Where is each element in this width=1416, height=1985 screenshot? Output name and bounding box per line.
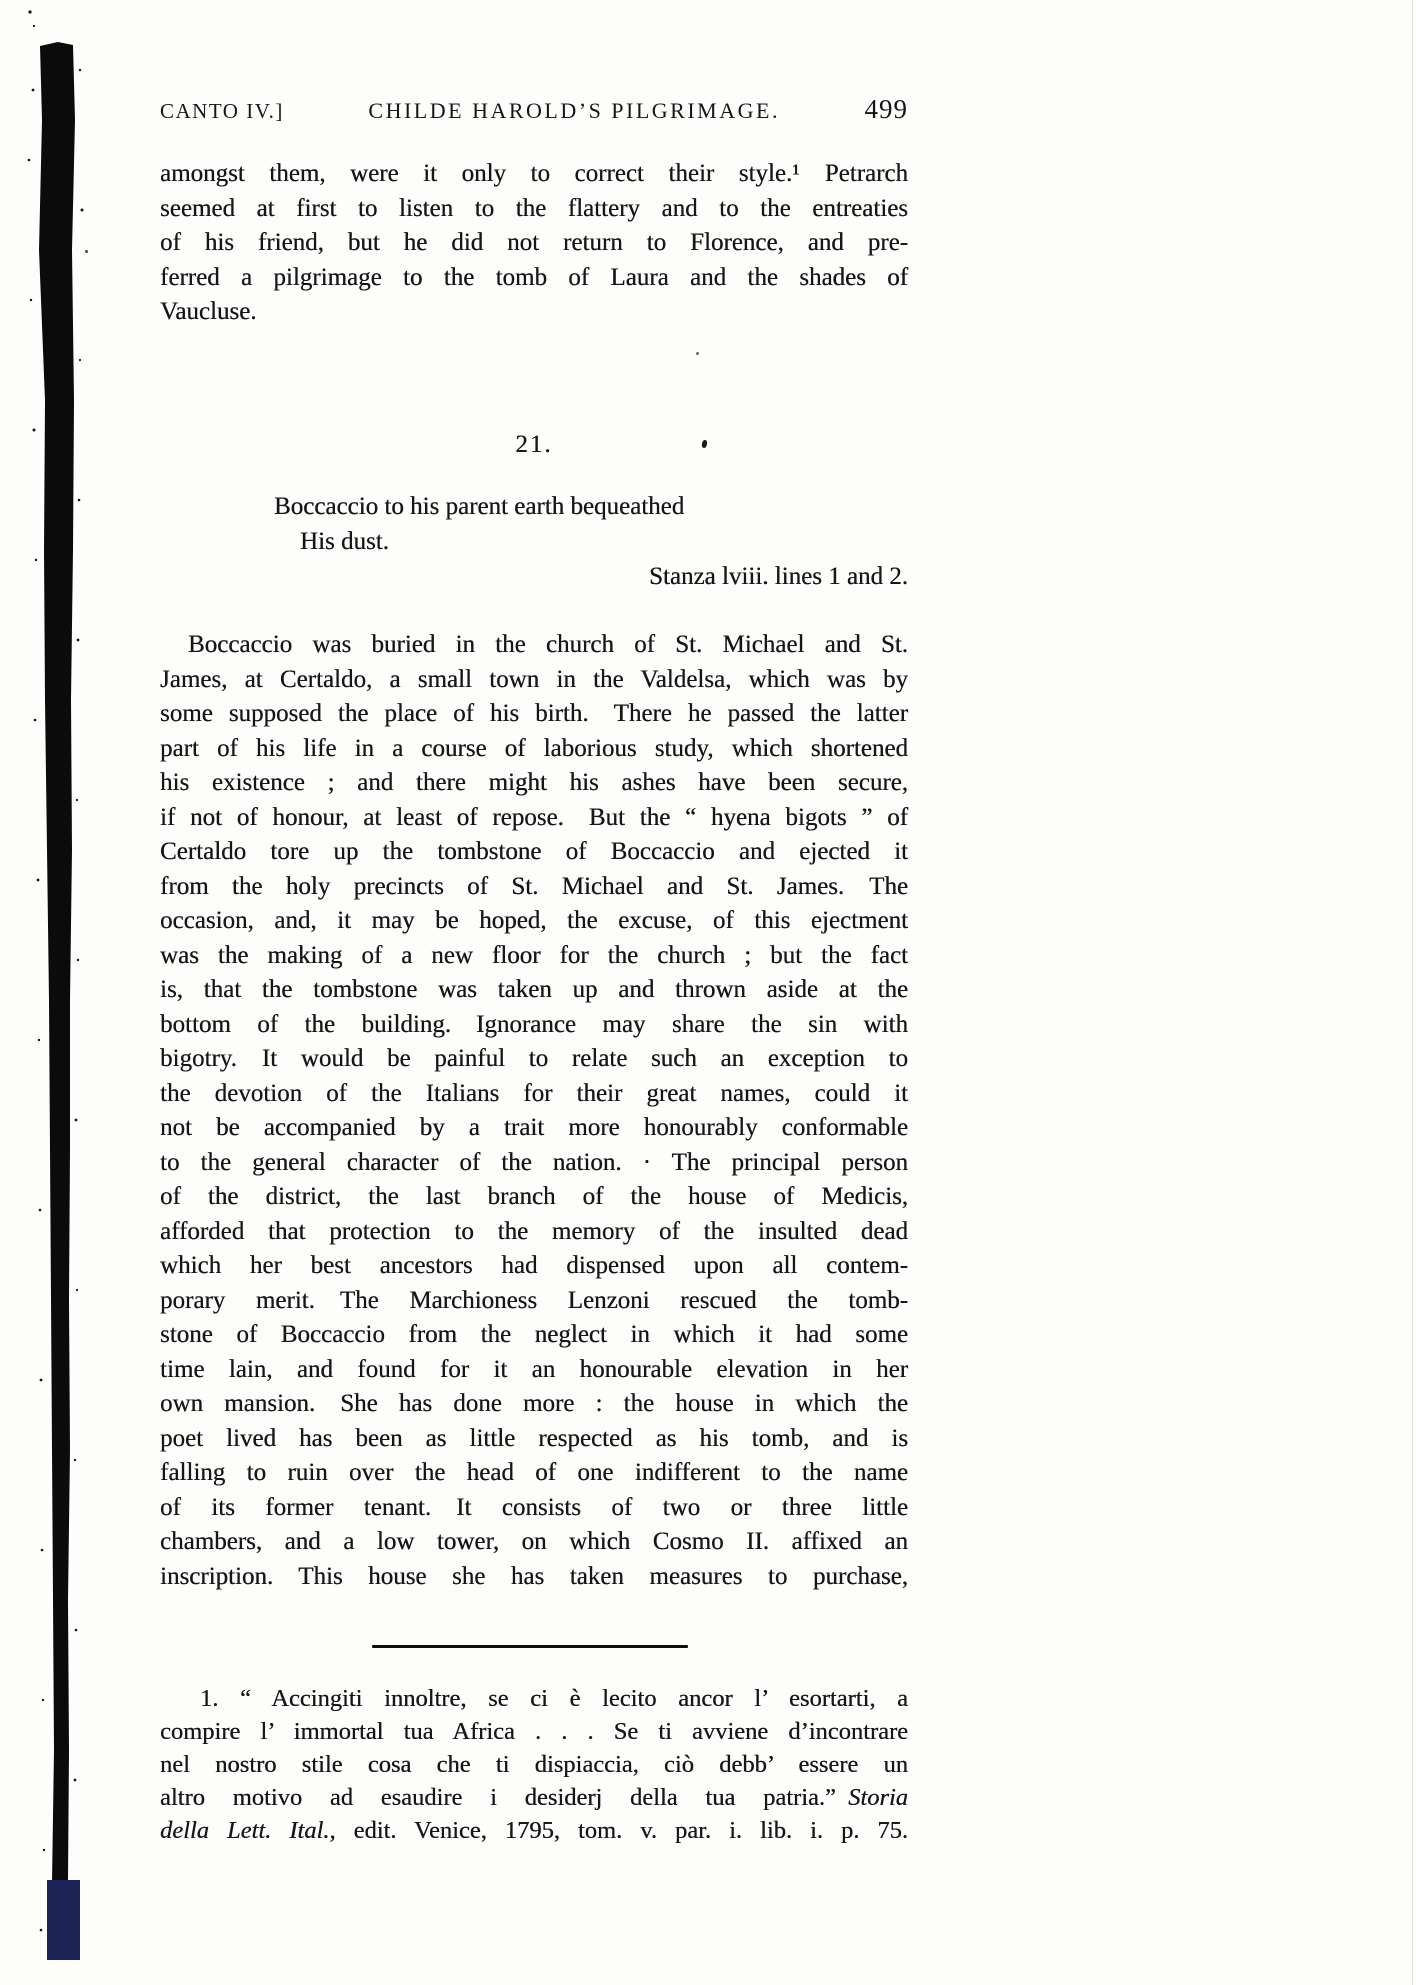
text-line: della Lett. Ital., edit. Venice, 1795, t… [160, 1814, 908, 1847]
text-line: of the district, the last branch of the … [160, 1180, 908, 1215]
text-line: His dust. [300, 524, 1048, 559]
text-line: if not of honour, at least of repose. Bu… [160, 801, 908, 836]
scan-speckle [696, 352, 699, 355]
text-line: altro motivo ad esaudire i desiderj dell… [160, 1781, 908, 1814]
text-line: falling to ruin over the head of one ind… [160, 1456, 908, 1491]
text-line: which her best ancestors had dispensed u… [160, 1249, 908, 1284]
text-line: from the holy precincts of St. Michael a… [160, 870, 908, 905]
scan-gutter-artifact [0, 0, 100, 1985]
text-line: poet lived has been as little respected … [160, 1422, 908, 1457]
text-line: time lain, and found for it an honourabl… [160, 1353, 908, 1388]
text-line: amongst them, were it only to correct th… [160, 157, 908, 192]
text-line: inscription. This house she has taken me… [160, 1560, 908, 1595]
text-line: chambers, and a low tower, on which Cosm… [160, 1525, 908, 1560]
text-line: own mansion. She has done more : the hou… [160, 1387, 908, 1422]
text-line: his existence ; and there might his ashe… [160, 766, 908, 801]
book-page-scan: CANTO IV.] CHILDE HAROLD’S PILGRIMAGE. 4… [0, 0, 1416, 1985]
text-line: porary merit. The Marchioness Lenzoni re… [160, 1284, 908, 1319]
text-line: of his friend, but he did not return to … [160, 226, 908, 261]
canto-label: CANTO IV.] [160, 99, 284, 124]
text-line: seemed at first to listen to the flatter… [160, 192, 908, 227]
stanza-quote: Boccaccio to his parent earth bequeathed… [160, 489, 908, 594]
text-line: to the general character of the nation. … [160, 1146, 908, 1181]
text-line: of its former tenant. It consists of two… [160, 1491, 908, 1526]
paragraph-boccaccio: Boccaccio was buried in the church of St… [160, 628, 908, 1594]
text-line: 1. “ Accingiti innoltre, se ci è lecito … [160, 1682, 908, 1715]
text-line: Vaucluse. [160, 295, 908, 330]
text-line: was the making of a new floor for the ch… [160, 939, 908, 974]
text-line: Boccaccio to his parent earth bequeathed [274, 489, 1022, 524]
text-line: ferred a pilgrimage to the tomb of Laura… [160, 261, 908, 296]
text-line: Certaldo tore up the tombstone of Boccac… [160, 835, 908, 870]
text-line: is, that the tombstone was taken up and … [160, 973, 908, 1008]
text-line: occasion, and, it may be hoped, the excu… [160, 904, 908, 939]
text-line: nel nostro stile cosa che ti dispiaccia,… [160, 1748, 908, 1781]
text-line: the devotion of the Italians for their g… [160, 1077, 908, 1112]
footnote: 1. “ Accingiti innoltre, se ci è lecito … [160, 1682, 908, 1847]
running-title: CHILDE HAROLD’S PILGRIMAGE. [284, 98, 865, 124]
section-number: 21. [160, 431, 908, 459]
text-line: bottom of the building. Ignorance may sh… [160, 1008, 908, 1043]
page-number: 499 [865, 94, 909, 125]
text-line: compire l’ immortal tua Africa . . . Se … [160, 1715, 908, 1748]
footnote-rule [372, 1645, 688, 1648]
text-line: bigotry. It would be painful to relate s… [160, 1042, 908, 1077]
text-line: Stanza lviii. lines 1 and 2. [160, 559, 908, 594]
text-line: James, at Certaldo, a small town in the … [160, 663, 908, 698]
scan-speckle [85, 250, 88, 253]
page-header: CANTO IV.] CHILDE HAROLD’S PILGRIMAGE. 4… [160, 94, 908, 125]
scan-ink-blot [47, 1880, 80, 1960]
text-line: Boccaccio was buried in the church of St… [160, 628, 908, 663]
scan-edge-line [1412, 0, 1413, 1985]
text-line: afforded that protection to the memory o… [160, 1215, 908, 1250]
text-line: not be accompanied by a trait more honou… [160, 1111, 908, 1146]
text-line: part of his life in a course of laboriou… [160, 732, 908, 767]
paragraph-petrarch: amongst them, were it only to correct th… [160, 157, 908, 330]
text-line: some supposed the place of his birth. Th… [160, 697, 908, 732]
text-line: stone of Boccaccio from the neglect in w… [160, 1318, 908, 1353]
